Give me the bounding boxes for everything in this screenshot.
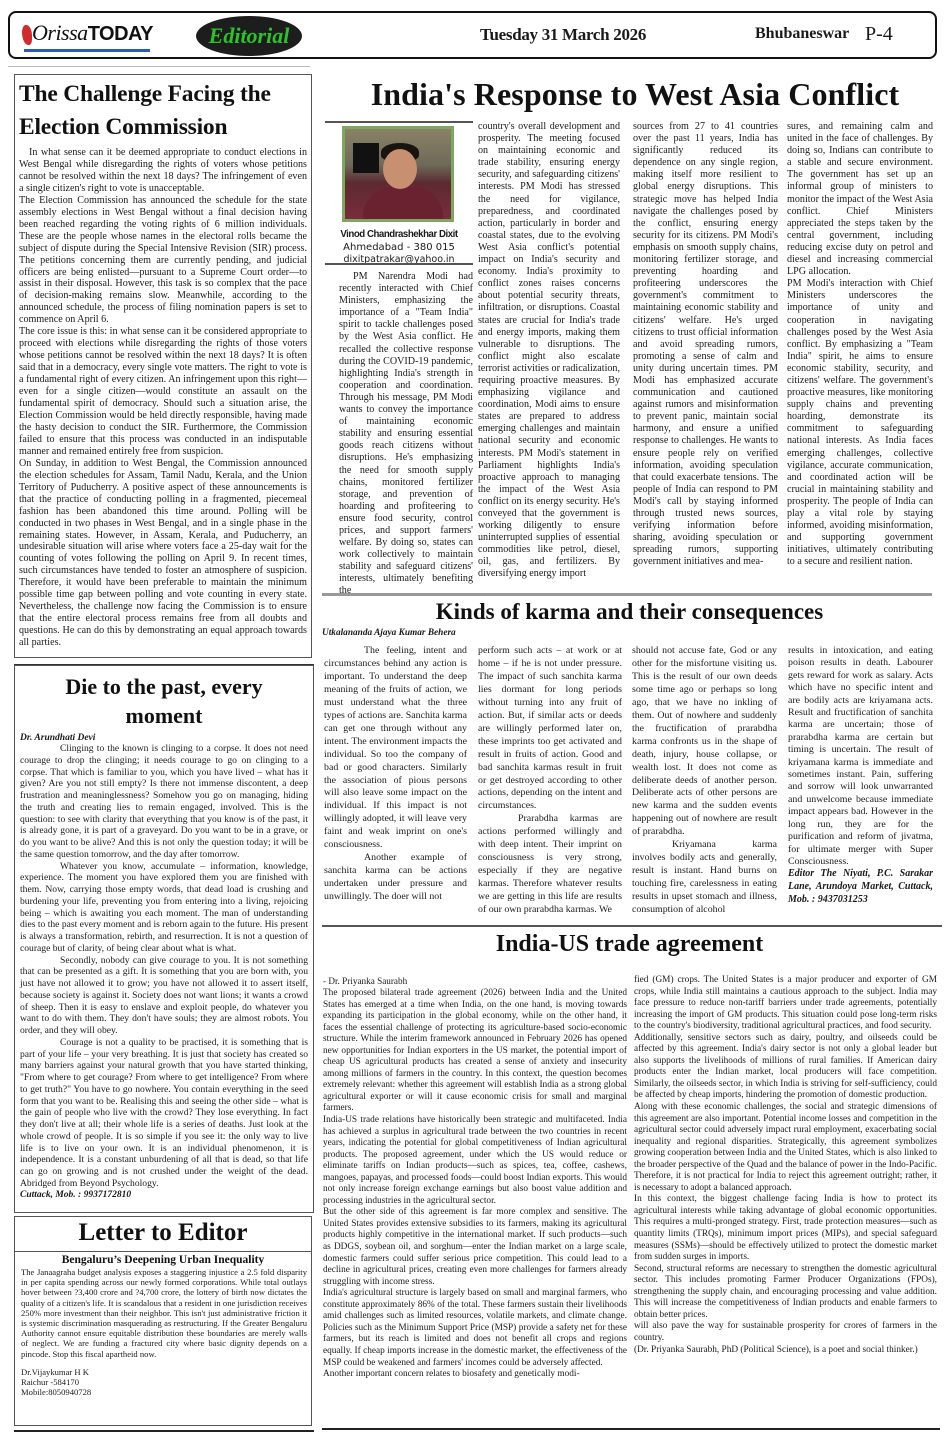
issue-date: Tuesday 31 March 2026 (480, 25, 646, 45)
section-badge: Editorial (196, 16, 302, 56)
paragraph: Courage is not a quality to be practised… (20, 1037, 308, 1190)
article-title: India-US trade agreement (322, 929, 937, 959)
article-title: Die to the past, every moment (20, 672, 308, 730)
odisha-map-icon (22, 25, 32, 45)
masthead: OrissaTODAY Editorial Tuesday 31 March 2… (8, 11, 937, 59)
photo-figure (363, 187, 443, 222)
election-article: The Challenge Facing the Election Commis… (14, 74, 312, 658)
paragraph: will also pave the way for sustainable p… (634, 1321, 937, 1344)
article-column: country's overall development and prospe… (478, 121, 620, 581)
article-title: India's Response to West Asia Conflict (330, 72, 940, 116)
paragraph: Additionally, sensitive sectors such as … (634, 1033, 937, 1102)
logo-text-orissa: Orissa (32, 20, 88, 45)
paragraph: Another example of sanchita karma can be… (324, 852, 467, 904)
paragraph: Second, structural reforms are necessary… (634, 1264, 937, 1322)
paragraph: sures, and remaining calm and united in … (787, 121, 933, 278)
paragraph: Secondly, nobody can give courage to you… (20, 955, 308, 1037)
paragraph: (Dr. Priyanka Saurabh, PhD (Political Sc… (634, 1345, 937, 1357)
section-title: Letter to Editor (15, 1217, 311, 1252)
article-body: Clinging to the known is clinging to a c… (20, 743, 308, 1190)
newspaper-logo[interactable]: OrissaTODAY (22, 20, 152, 54)
divider (325, 263, 473, 265)
paragraph: results in intoxication, and eating pois… (788, 645, 933, 868)
photo-background (353, 143, 379, 173)
article-column: results in intoxication, and eating pois… (788, 645, 933, 907)
paragraph: Another important concern relates to bio… (323, 1369, 627, 1381)
article-column: sures, and remaining calm and united in … (787, 121, 933, 568)
letter-body: The Janaagraha budget analysis exposes a… (15, 1266, 311, 1359)
author-name: Vinod Chandrashekhar Dixit (331, 228, 467, 240)
divider (322, 1428, 940, 1430)
paragraph: On Sunday, in addition to West Bengal, t… (19, 458, 307, 649)
past-article: Die to the past, every moment Dr. Arundh… (14, 665, 314, 1213)
divider (14, 1430, 314, 1432)
sender-mobile: Mobile:8050940728 (21, 1387, 305, 1397)
article-signoff: Cuttack, Mob. : 9937172810 (20, 1190, 308, 1200)
paragraph: The core issue is this: in what sense ca… (19, 326, 307, 457)
photo-figure (383, 149, 417, 189)
paragraph: India's agricultural structure is largel… (323, 1288, 627, 1369)
logo-underline (24, 49, 150, 52)
article-signoff: Editor The Niyati, P.C. Sarakar Lane, Ar… (788, 868, 933, 906)
paragraph: The feeling, intent and circumstances be… (324, 645, 467, 852)
paragraph: The proposed bilateral trade agreement (… (323, 988, 627, 1115)
divider (322, 925, 942, 927)
article-body: In what sense can it be deemed appropria… (19, 147, 307, 649)
paragraph: In this context, the biggest challenge f… (634, 1194, 937, 1263)
paragraph: Clinging to the known is clinging to a c… (20, 743, 308, 861)
article-column: perform such acts – at work or at home –… (478, 645, 622, 917)
logo-text-today: TODAY (88, 23, 153, 45)
section-badge-label: Editorial (209, 23, 290, 49)
letter-headline: Bengaluru’s Deepening Urban Inequality (15, 1254, 311, 1266)
article-byline: Utkalananda Ajaya Kumar Behera (322, 628, 456, 638)
paragraph: But the other side of this agreement is … (323, 1207, 627, 1288)
paragraph: Whatever you know, accumulate – informat… (20, 861, 308, 955)
author-photo (342, 126, 454, 222)
article-byline: Dr. Arundhati Devi (20, 733, 308, 743)
divider (322, 593, 932, 596)
sender-city: Raichur -584170 (21, 1377, 305, 1387)
paragraph: PM Modi's interaction with Chief Ministe… (787, 278, 933, 568)
article-title: The Challenge Facing the Election Commis… (19, 78, 307, 144)
paragraph: fied (GM) crops. The United States is a … (634, 975, 937, 1033)
paragraph: Kriyamana karma involves bodily acts and… (632, 839, 777, 917)
paragraph: In what sense can it be deemed appropria… (19, 147, 307, 195)
letter-to-editor: Letter to Editor Bengaluru’s Deepening U… (14, 1216, 312, 1426)
paragraph: should not accuse fate, God or any other… (632, 645, 777, 839)
divider (8, 66, 310, 67)
sender-name: Dr.Vijaykumar H K (21, 1367, 305, 1377)
paragraph: perform such acts – at work or at home –… (478, 645, 622, 813)
paragraph: The Election Commission has announced th… (19, 195, 307, 326)
article-column: sources from 27 to 41 countries over the… (633, 121, 778, 568)
paragraph: Along with these economic challenges, th… (634, 1102, 937, 1194)
article-column: PM Narendra Modi had recently interacted… (339, 271, 473, 598)
article-column: The feeling, intent and circumstances be… (324, 645, 467, 904)
page-number: P-4 (865, 23, 893, 46)
article-column: fied (GM) crops. The United States is a … (634, 975, 937, 1356)
article-column: The proposed bilateral trade agreement (… (323, 988, 627, 1381)
edition-city: Bhubaneswar (755, 25, 849, 43)
article-byline: - Dr. Priyanka Saurabh (323, 976, 407, 986)
letter-sender: Dr.Vijaykumar H K Raichur -584170 Mobile… (15, 1359, 311, 1398)
author-city: Ahmedabad - 380 015 (325, 242, 473, 253)
paragraph: India-US trade relations have historical… (323, 1115, 627, 1207)
divider (325, 121, 473, 123)
article-column: should not accuse fate, God or any other… (632, 645, 777, 917)
paragraph: Prarabdha karmas are actions performed w… (478, 813, 622, 917)
article-title: Kinds of karma and their consequences (322, 598, 937, 626)
author-block: Vinod Chandrashekhar Dixit Ahmedabad - 3… (325, 228, 473, 265)
